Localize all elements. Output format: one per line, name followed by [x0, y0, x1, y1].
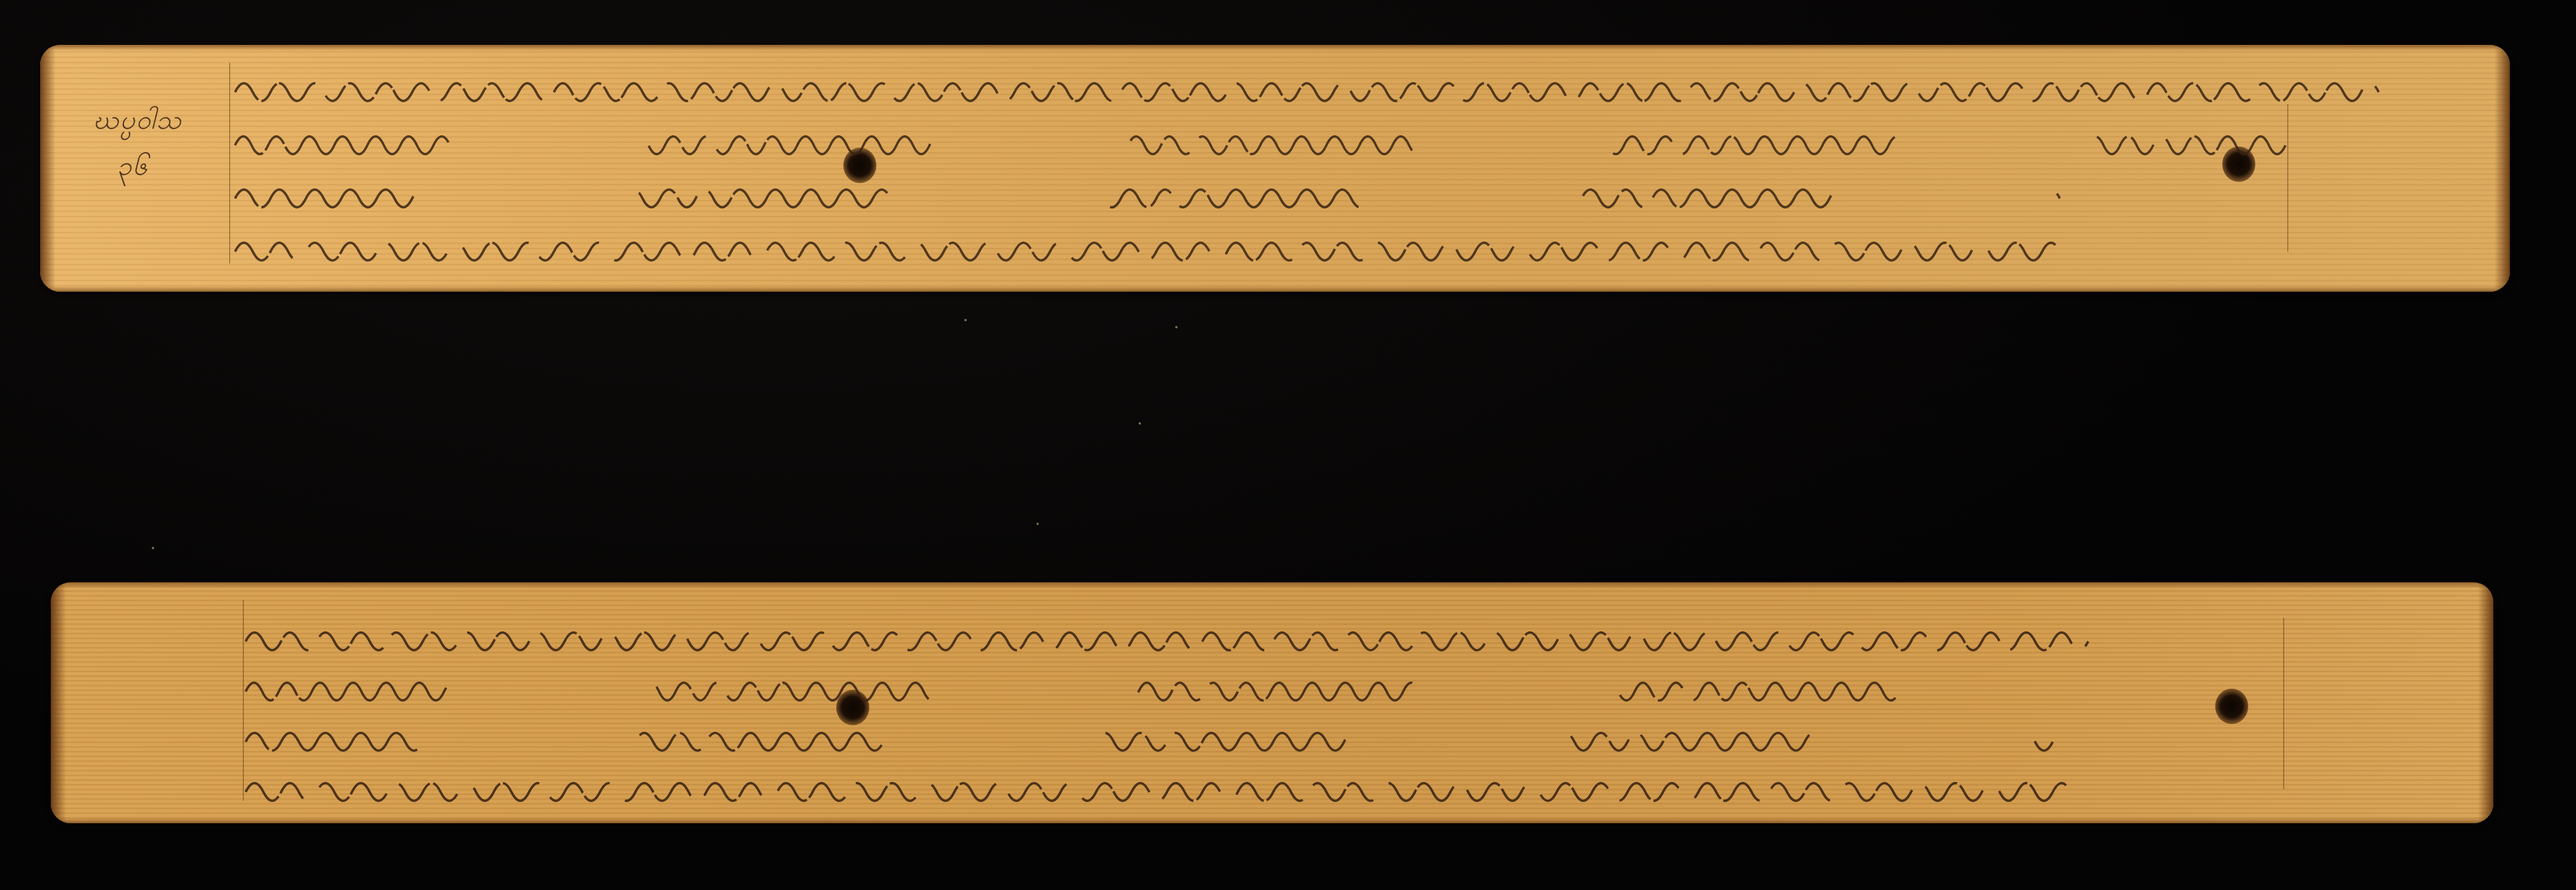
dust-speck	[1036, 523, 1039, 525]
margin-rule	[229, 63, 230, 263]
manuscript-line-2: ပုဏ္ဏတာဒိဝေပုတ္တ	[246, 668, 2283, 709]
folio-number: ၃၆	[117, 150, 149, 188]
manuscript-line-4: ဥုပဟာအာဂ	[235, 228, 2290, 269]
dust-speck	[1139, 422, 1141, 425]
palm-leaf-bottom: ဗုဒ္ဓပေါ်သွားသည် ပုဏ္ဏတာဒိဝေပုတ္တ ဝေပုတ္…	[51, 582, 2493, 823]
manuscript-line-3: ဝါဒိဝေပုတ္တ	[235, 175, 2290, 216]
manuscript-line-3: ဝေပုတ္တိ	[246, 718, 2283, 759]
palm-leaf-top: ဃပ္ပဝါသ ၃၆ ဒိဝေပုတ္တိ ပုဏ္ဏတာဒိဝေပုတ္တ ဝ…	[40, 45, 2510, 292]
dust-speck	[964, 319, 967, 321]
manuscript-line-4: ဖိုးပြဿ	[246, 768, 2283, 810]
leaf-edge	[40, 45, 56, 292]
dust-speck	[1175, 326, 1178, 328]
leaf-edge	[40, 45, 2510, 51]
manuscript-line-1: ဗုဒ္ဓပေါ်သွားသည်	[246, 618, 2283, 659]
leaf-edge	[51, 817, 2493, 823]
manuscript-line-1: ဒိဝေပုတ္တိ	[235, 69, 2290, 110]
manuscript-line-2: ပုဏ္ဏတာဒိဝေပုတ္တ	[235, 122, 2290, 163]
leaf-edge	[51, 582, 2493, 588]
leaf-edge	[51, 582, 66, 823]
leaf-edge	[2478, 582, 2493, 823]
leaf-edge	[2495, 45, 2510, 292]
margin-rule	[2283, 618, 2284, 789]
leaf-edge	[40, 286, 2510, 292]
dust-speck	[152, 547, 154, 549]
margin-rule	[243, 600, 244, 801]
folio-label: ဃပ္ပဝါသ	[93, 104, 182, 142]
